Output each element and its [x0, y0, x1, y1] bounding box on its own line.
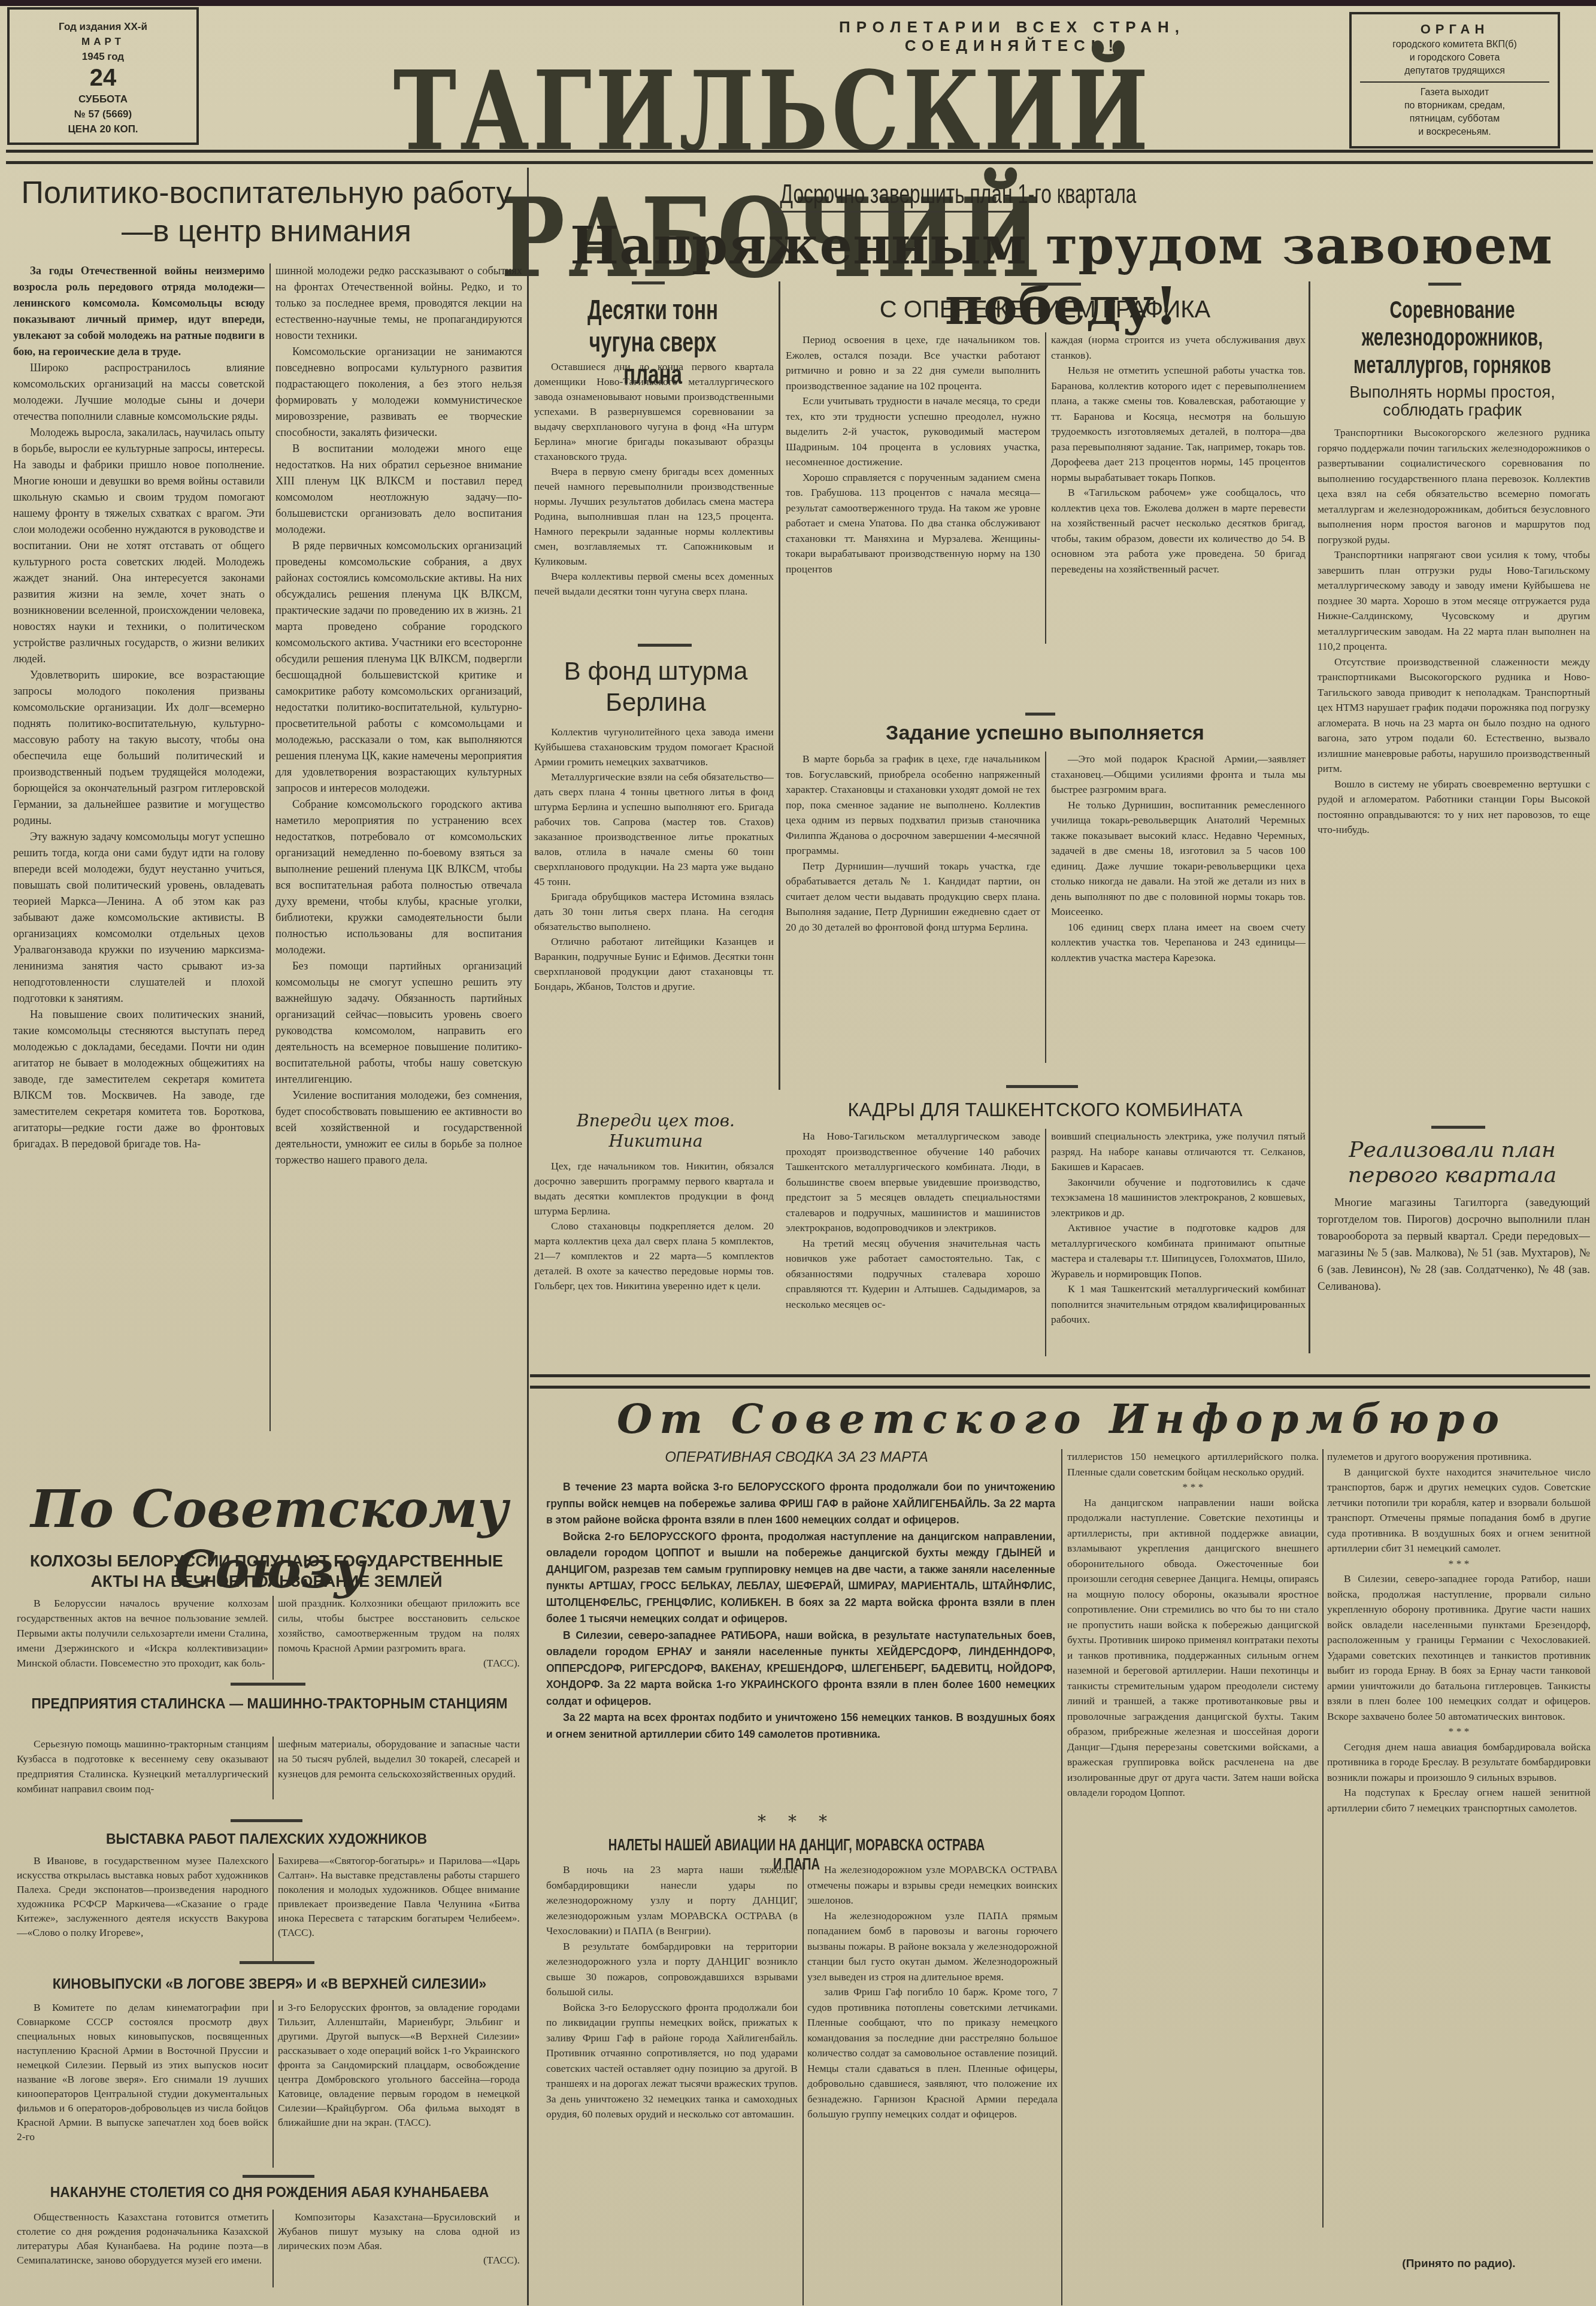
paragraph: В марте борьба за график в цехе, где нач… [786, 752, 1040, 859]
sovinform-lead: В течение 23 марта войска 3-го БЕЛОРУССК… [546, 1479, 1055, 1796]
masthead-rule [6, 150, 1593, 164]
separator [240, 1961, 314, 1964]
stars-divider: * * * [1327, 1556, 1591, 1572]
palekh-col2: Бахирева—«Святогор-богатырь» и Парилова—… [278, 1853, 520, 1973]
paragraph: Период освоения в цехе, где начальником … [786, 332, 1040, 393]
organ-line: депутатов трудящихся [1352, 65, 1558, 78]
column-rule [272, 2210, 274, 2287]
torg-body: Многие магазины Тагилторга (заведующий т… [1318, 1195, 1590, 1356]
abai-col1: Общественность Казахстана готовится отме… [17, 2210, 268, 2305]
palekh-col1: В Иванове, в государственном музее Палех… [17, 1853, 268, 1973]
paragraph: Нельзя не отметить успешной работы участ… [1051, 363, 1306, 485]
stars-divider: * * * [1327, 1724, 1591, 1740]
paragraph: Сегодня днем наша авиация бомбардировала… [1327, 1740, 1591, 1786]
column-rule [1045, 1129, 1046, 1356]
paragraph: шинной молодежи редко рассказывают о соб… [275, 263, 522, 344]
paragraph: Транспортники Высокогорского железного р… [1318, 425, 1590, 547]
paragraph: Общественность Казахстана готовится отме… [17, 2210, 268, 2267]
column-rule [272, 1853, 274, 1961]
issue-weekday: СУББОТА [10, 92, 196, 107]
paragraph: В Комитете по делам кинематографии при С… [17, 2000, 268, 2144]
rail-subtitle: Выполнять нормы простоя, соблюдать графи… [1315, 383, 1590, 419]
rail-title: Соревнование железнодорожников, металлур… [1351, 296, 1553, 379]
column-rule [272, 2000, 274, 2168]
paragraph: залив Фриш Гаф погибло 10 барж. Кроме то… [807, 1984, 1058, 2122]
paragraph: тиллеристов 150 немецкого артиллерийског… [1067, 1449, 1319, 1480]
paragraph: На железнодорожном узле МОРАВСКА ОСТРАВА… [807, 1862, 1058, 1908]
issue-month: МАРТ [10, 34, 196, 49]
paragraph: Отсутствие производственной слаженности … [1318, 654, 1590, 777]
schedule-line: пятницам, субботам [1352, 113, 1558, 126]
paragraph: В Силезии, северо-западнее РАТИБОРА, наш… [546, 1628, 1055, 1710]
separator [1021, 283, 1081, 286]
paragraph: За 22 марта на всех фронтах подбито и ун… [546, 1710, 1055, 1743]
paragraph: В ночь на 23 марта наши тяжелые бомбарди… [546, 1862, 798, 1939]
paragraph: Если учитывать трудности в начале месяца… [786, 393, 1040, 470]
paragraph: Коллектив чугунолитейного цеха завода им… [534, 725, 774, 769]
paragraph: Широко распространилось влияние комсомол… [13, 360, 265, 425]
separator [632, 281, 665, 284]
paragraph: 106 единиц сверх плана имеет на своем сч… [1051, 920, 1306, 966]
paragraph: Хорошо справляется с порученным заданием… [786, 470, 1040, 577]
paragraph: Не только Дурнишин, воспитанник ремеслен… [1051, 798, 1306, 920]
paragraph: —Это мой подарок Красной Армии,—заявляет… [1051, 752, 1306, 798]
raid-col2: На железнодорожном узле МОРАВСКА ОСТРАВА… [807, 1862, 1058, 2305]
column-rule [802, 1862, 804, 2305]
paragraph: Отлично работают литейщики Казанцев и Ва… [534, 934, 774, 994]
paragraph: Цех, где начальником тов. Никитин, обяза… [534, 1159, 774, 1219]
paragraph: В Иванове, в государственном музее Палех… [17, 1853, 268, 1940]
sovinform-footer: (Принято по радио). [1327, 2257, 1591, 2271]
left-article-col1: За годы Отечественной войны неизмеримо в… [13, 263, 265, 1455]
kolhozy-title: КОЛХОЗЫ БЕЛОРУССИИ ПОЛУЧАЮТ ГОСУДАРСТВЕН… [18, 1551, 515, 1592]
paragraph: На железнодорожном узле ПАПА прямым попа… [807, 1908, 1058, 1985]
issue-yearline: 1945 год [10, 49, 196, 64]
schedule-line: по вторникам, средам, [1352, 99, 1558, 113]
paragraph: На подступах к Бреслау огнем нашей зенит… [1327, 1785, 1591, 1816]
paragraph: Бахирева—«Святогор-богатырь» и Парилова—… [278, 1853, 520, 1940]
paragraph: Транспортники напрягают свои усилия к то… [1318, 547, 1590, 654]
separator [243, 2175, 314, 2178]
column-rule [272, 1596, 274, 1680]
paragraph: Эту важную задачу комсомольцы могут успе… [13, 829, 265, 1007]
separator [231, 1819, 302, 1822]
column-rule [272, 1737, 274, 1799]
paragraph: Вчера коллективы первой смены всех домен… [534, 569, 774, 599]
paragraph: Оставшиеся дни до конца первого квартала… [534, 359, 774, 464]
paragraph: В воспитании молодежи много еще недостат… [275, 441, 522, 538]
section-rule [530, 1374, 1590, 1389]
rail-body: Транспортники Высокогорского железного р… [1318, 425, 1590, 1066]
column-rule [1061, 1449, 1062, 2305]
paragraph: В результате бомбардировки на территории… [546, 1939, 798, 2000]
paragraph: Молодежь выросла, закалилась, научилась … [13, 425, 265, 668]
column-rule [269, 263, 271, 1431]
paragraph: пулеметов и другого вооружения противник… [1327, 1449, 1591, 1465]
issue-number: № 57 (5669) [10, 107, 196, 122]
stars-divider: * * * [539, 1811, 1054, 1831]
grafik-col1: Период освоения в цехе, где начальником … [786, 332, 1040, 644]
paragraph: Удовлетворить широкие, все возрастающие … [13, 668, 265, 829]
paragraph: В данцигской бухте находится значительно… [1327, 1465, 1591, 1556]
issue-price: ЦЕНА 20 КОП. [10, 122, 196, 137]
organ-box: ОРГАН городского комитета ВКП(б) и город… [1349, 12, 1560, 149]
schedule-line: Газета выходит [1352, 86, 1558, 99]
kicker-underline [773, 211, 1012, 213]
paragraph: На данцигском направлении наши войска пр… [1067, 1495, 1319, 1801]
schedule-line: и воскресеньям. [1352, 126, 1558, 139]
stalinsk-col1: Серьезную помощь машинно-тракторным стан… [17, 1737, 268, 1802]
paragraph: и 3-го Белорусских фронтов, за овладение… [278, 2000, 520, 2129]
paragraph: Металлургические взяли на себя обязатель… [534, 769, 774, 889]
kino-title: КИНОВЫПУСКИ «В ЛОГОВЕ ЗВЕРЯ» И «В ВЕРХНЕ… [18, 1976, 521, 1992]
paragraph: Петр Дурнишин—лучший токарь участка, где… [786, 859, 1040, 935]
separator [1025, 713, 1055, 716]
berlin-body: Коллектив чугунолитейного цеха завода им… [534, 725, 774, 1084]
separator [1006, 1085, 1078, 1088]
paragraph: Многие магазины Тагилторга (заведующий т… [1318, 1195, 1590, 1295]
column-rule [527, 1371, 529, 2305]
paragraph: Вошло в систему не убирать своевременно … [1318, 777, 1590, 838]
paragraph: В ряде первичных комсомольских организац… [275, 538, 522, 797]
issue-day: 24 [10, 64, 196, 92]
stalinsk-col2: шефным материалы, оборудование и запасны… [278, 1737, 520, 1802]
left-article-title: Политико-воспитательную работу—в центр в… [12, 174, 521, 250]
sovinform-col3: тиллеристов 150 немецкого артиллерийског… [1067, 1449, 1319, 2305]
zadanie-title: Задание успешно выполняется [785, 722, 1306, 745]
abai-title: НАКАНУНЕ СТОЛЕТИЯ СО ДНЯ РОЖДЕНИЯ АБАЯ К… [18, 2184, 521, 2201]
nikitin-title: Впереди цех тов. Никитина [539, 1111, 773, 1152]
paragraph: В «Тагильском рабочем» уже сообщалось, ч… [1051, 485, 1306, 577]
paragraph: За годы Отечественной войны неизмеримо в… [13, 263, 265, 360]
chugun-body: Оставшиеся дни до конца первого квартала… [534, 359, 774, 635]
paragraph: Комсомольские организации не занимаются … [275, 344, 522, 441]
kolhozy-col2: шой праздник. Колхозники обещают приложи… [278, 1596, 520, 1680]
paragraph: Вчера в первую смену бригады всех доменн… [534, 464, 774, 569]
paragraph: шой праздник. Колхозники обещают приложи… [278, 1596, 520, 1656]
stalinsk-title: ПРЕДПРИЯТИЯ СТАЛИНСКА — МАШИННО-ТРАКТОРН… [24, 1695, 515, 1713]
paragraph: На третий месяц обучения значительная ча… [786, 1236, 1040, 1313]
paragraph: На повышение своих политических знаний, … [13, 1007, 265, 1153]
column-rule [1322, 1449, 1324, 2228]
sovinform-subtitle: ОПЕРАТИВНАЯ СВОДКА ЗА 23 МАРТА [539, 1449, 1054, 1466]
scan-edge [0, 0, 1596, 6]
paragraph: воивший специальность электрика, уже пол… [1051, 1129, 1306, 1175]
kadry-col1: На Ново-Тагильском металлургическом заво… [786, 1129, 1040, 1362]
column-rule [527, 168, 529, 1371]
paragraph: В Белоруссии началось вручение колхозам … [17, 1596, 268, 1671]
column-rule [779, 281, 780, 1090]
torg-title: Реализовали план первого квартала [1315, 1138, 1590, 1188]
paragraph: На Ново-Тагильском металлургическом заво… [786, 1129, 1040, 1236]
paragraph: Серьезную помощь машинно-тракторным стан… [17, 1737, 268, 1796]
palekh-title: ВЫСТАВКА РАБОТ ПАЛЕХСКИХ ХУДОЖНИКОВ [18, 1831, 515, 1847]
kicker-headline: Досрочно завершить план 1-го квартала [699, 180, 1217, 210]
column-rule [1045, 752, 1046, 1063]
kino-col2: и 3-го Белорусских фронтов, за овладение… [278, 2000, 520, 2174]
kadry-col2: воивший специальность электрика, уже пол… [1051, 1129, 1306, 1362]
kino-col1: В Комитете по делам кинематографии при С… [17, 2000, 268, 2174]
zadanie-col1: В марте борьба за график в цехе, где нач… [786, 752, 1040, 1069]
sovinform-col4: пулеметов и другого вооружения противник… [1327, 1449, 1591, 2222]
separator [231, 1683, 305, 1686]
paragraph: Войска 2-го БЕЛОРУССКОГО фронта, продолж… [546, 1529, 1055, 1628]
zadanie-col2: —Это мой подарок Красной Армии,—заявляет… [1051, 752, 1306, 1069]
paragraph: шефным материалы, оборудование и запасны… [278, 1737, 520, 1781]
left-article-col2: шинной молодежи редко рассказывают о соб… [275, 263, 522, 1455]
paragraph: Войска 3-го Белорусского фронта продолжа… [546, 2000, 798, 2122]
paragraph: Закончили обучение и подготовились к сда… [1051, 1175, 1306, 1221]
stars-divider: * * * [1067, 1480, 1319, 1495]
paragraph: В Силезии, северо-западнее города Ратибо… [1327, 1571, 1591, 1724]
source-tass: (ТАСС). [278, 1656, 520, 1671]
column-rule [1045, 332, 1046, 644]
paragraph: Активное участие в подготовке кадров для… [1051, 1220, 1306, 1281]
separator [1431, 1126, 1485, 1129]
kadry-title: КАДРЫ ДЛЯ ТАШКЕНТСКОГО КОМБИНАТА [785, 1099, 1306, 1121]
raid-col1: В ночь на 23 марта наши тяжелые бомбарди… [546, 1862, 798, 2305]
separator [638, 644, 692, 647]
organ-divider [1360, 81, 1549, 83]
grafik-col2: каждая (норма строится из учета обслужив… [1051, 332, 1306, 644]
berlin-title: В фонд штурма Берлина [539, 656, 773, 718]
organ-line: и городского Совета [1352, 51, 1558, 65]
separator [1428, 283, 1461, 286]
paragraph: Усиление воспитания молодежи, без сомнен… [275, 1088, 522, 1169]
nikitin-body: Цех, где начальником тов. Никитин, обяза… [534, 1159, 774, 1356]
source-tass: (ТАСС). [278, 2253, 520, 2267]
issue-info-box: Год издания XX-й МАРТ 1945 год 24 СУББОТ… [7, 7, 199, 145]
paragraph: В течение 23 марта войска 3-го БЕЛОРУССК… [546, 1479, 1055, 1529]
kolhozy-col1: В Белоруссии началось вручение колхозам … [17, 1596, 268, 1692]
paragraph: Бригада обрубщиков мастера Истомина взял… [534, 889, 774, 934]
organ-line: городского комитета ВКП(б) [1352, 38, 1558, 51]
paragraph: Без помощи партийных организаций комсомо… [275, 959, 522, 1088]
newspaper-page: Год издания XX-й МАРТ 1945 год 24 СУББОТ… [0, 0, 1596, 2306]
abai-col2: Композиторы Казахстана—Брусиловский и Жу… [278, 2210, 520, 2299]
issue-year: Год издания XX-й [10, 19, 196, 34]
paragraph: Слово стахановцы подкрепляется делом. 20… [534, 1219, 774, 1293]
paragraph: каждая (норма строится из учета обслужив… [1051, 332, 1306, 363]
paragraph: Собрание комсомольского городского актив… [275, 797, 522, 959]
sovinform-title: От Советского Информбюро [527, 1395, 1596, 1443]
paragraph: Композиторы Казахстана—Брусиловский и Жу… [278, 2210, 520, 2253]
grafik-title: С ОПЕРЕЖЕНИЕМ ГРАФИКА [785, 296, 1306, 323]
paragraph: К 1 мая Ташкентский металлургический ком… [1051, 1281, 1306, 1328]
organ-head: ОРГАН [1352, 23, 1558, 36]
column-rule [1309, 281, 1310, 1353]
